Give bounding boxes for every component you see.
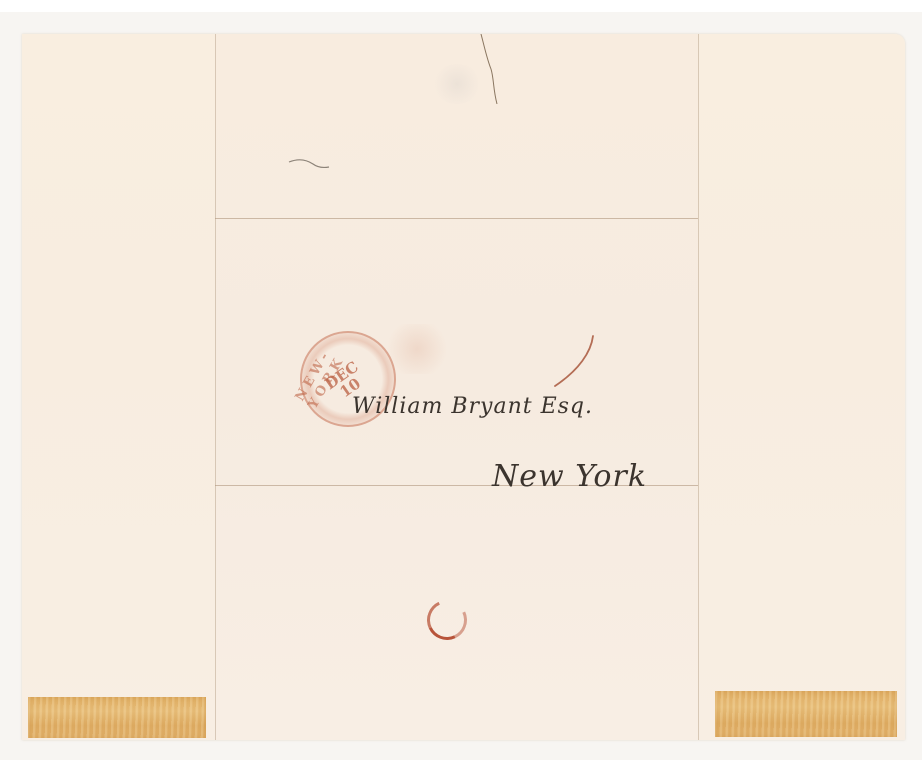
pencil-mark	[287, 154, 337, 174]
tape-strip-left	[28, 697, 206, 738]
tape-strip-right	[715, 691, 897, 737]
fold-line-upper	[215, 218, 698, 219]
paper-tear	[477, 34, 507, 104]
fold-line-right	[698, 34, 699, 740]
seal-residue-top	[432, 64, 482, 104]
address-city: New York	[492, 459, 647, 494]
letter-sheet: NEW-YORK DEC 10 William Bryant Esq. New …	[22, 34, 905, 740]
fold-line-left	[215, 34, 216, 740]
rate-mark-slash	[549, 332, 599, 392]
address-recipient: William Bryant Esq.	[352, 394, 593, 419]
